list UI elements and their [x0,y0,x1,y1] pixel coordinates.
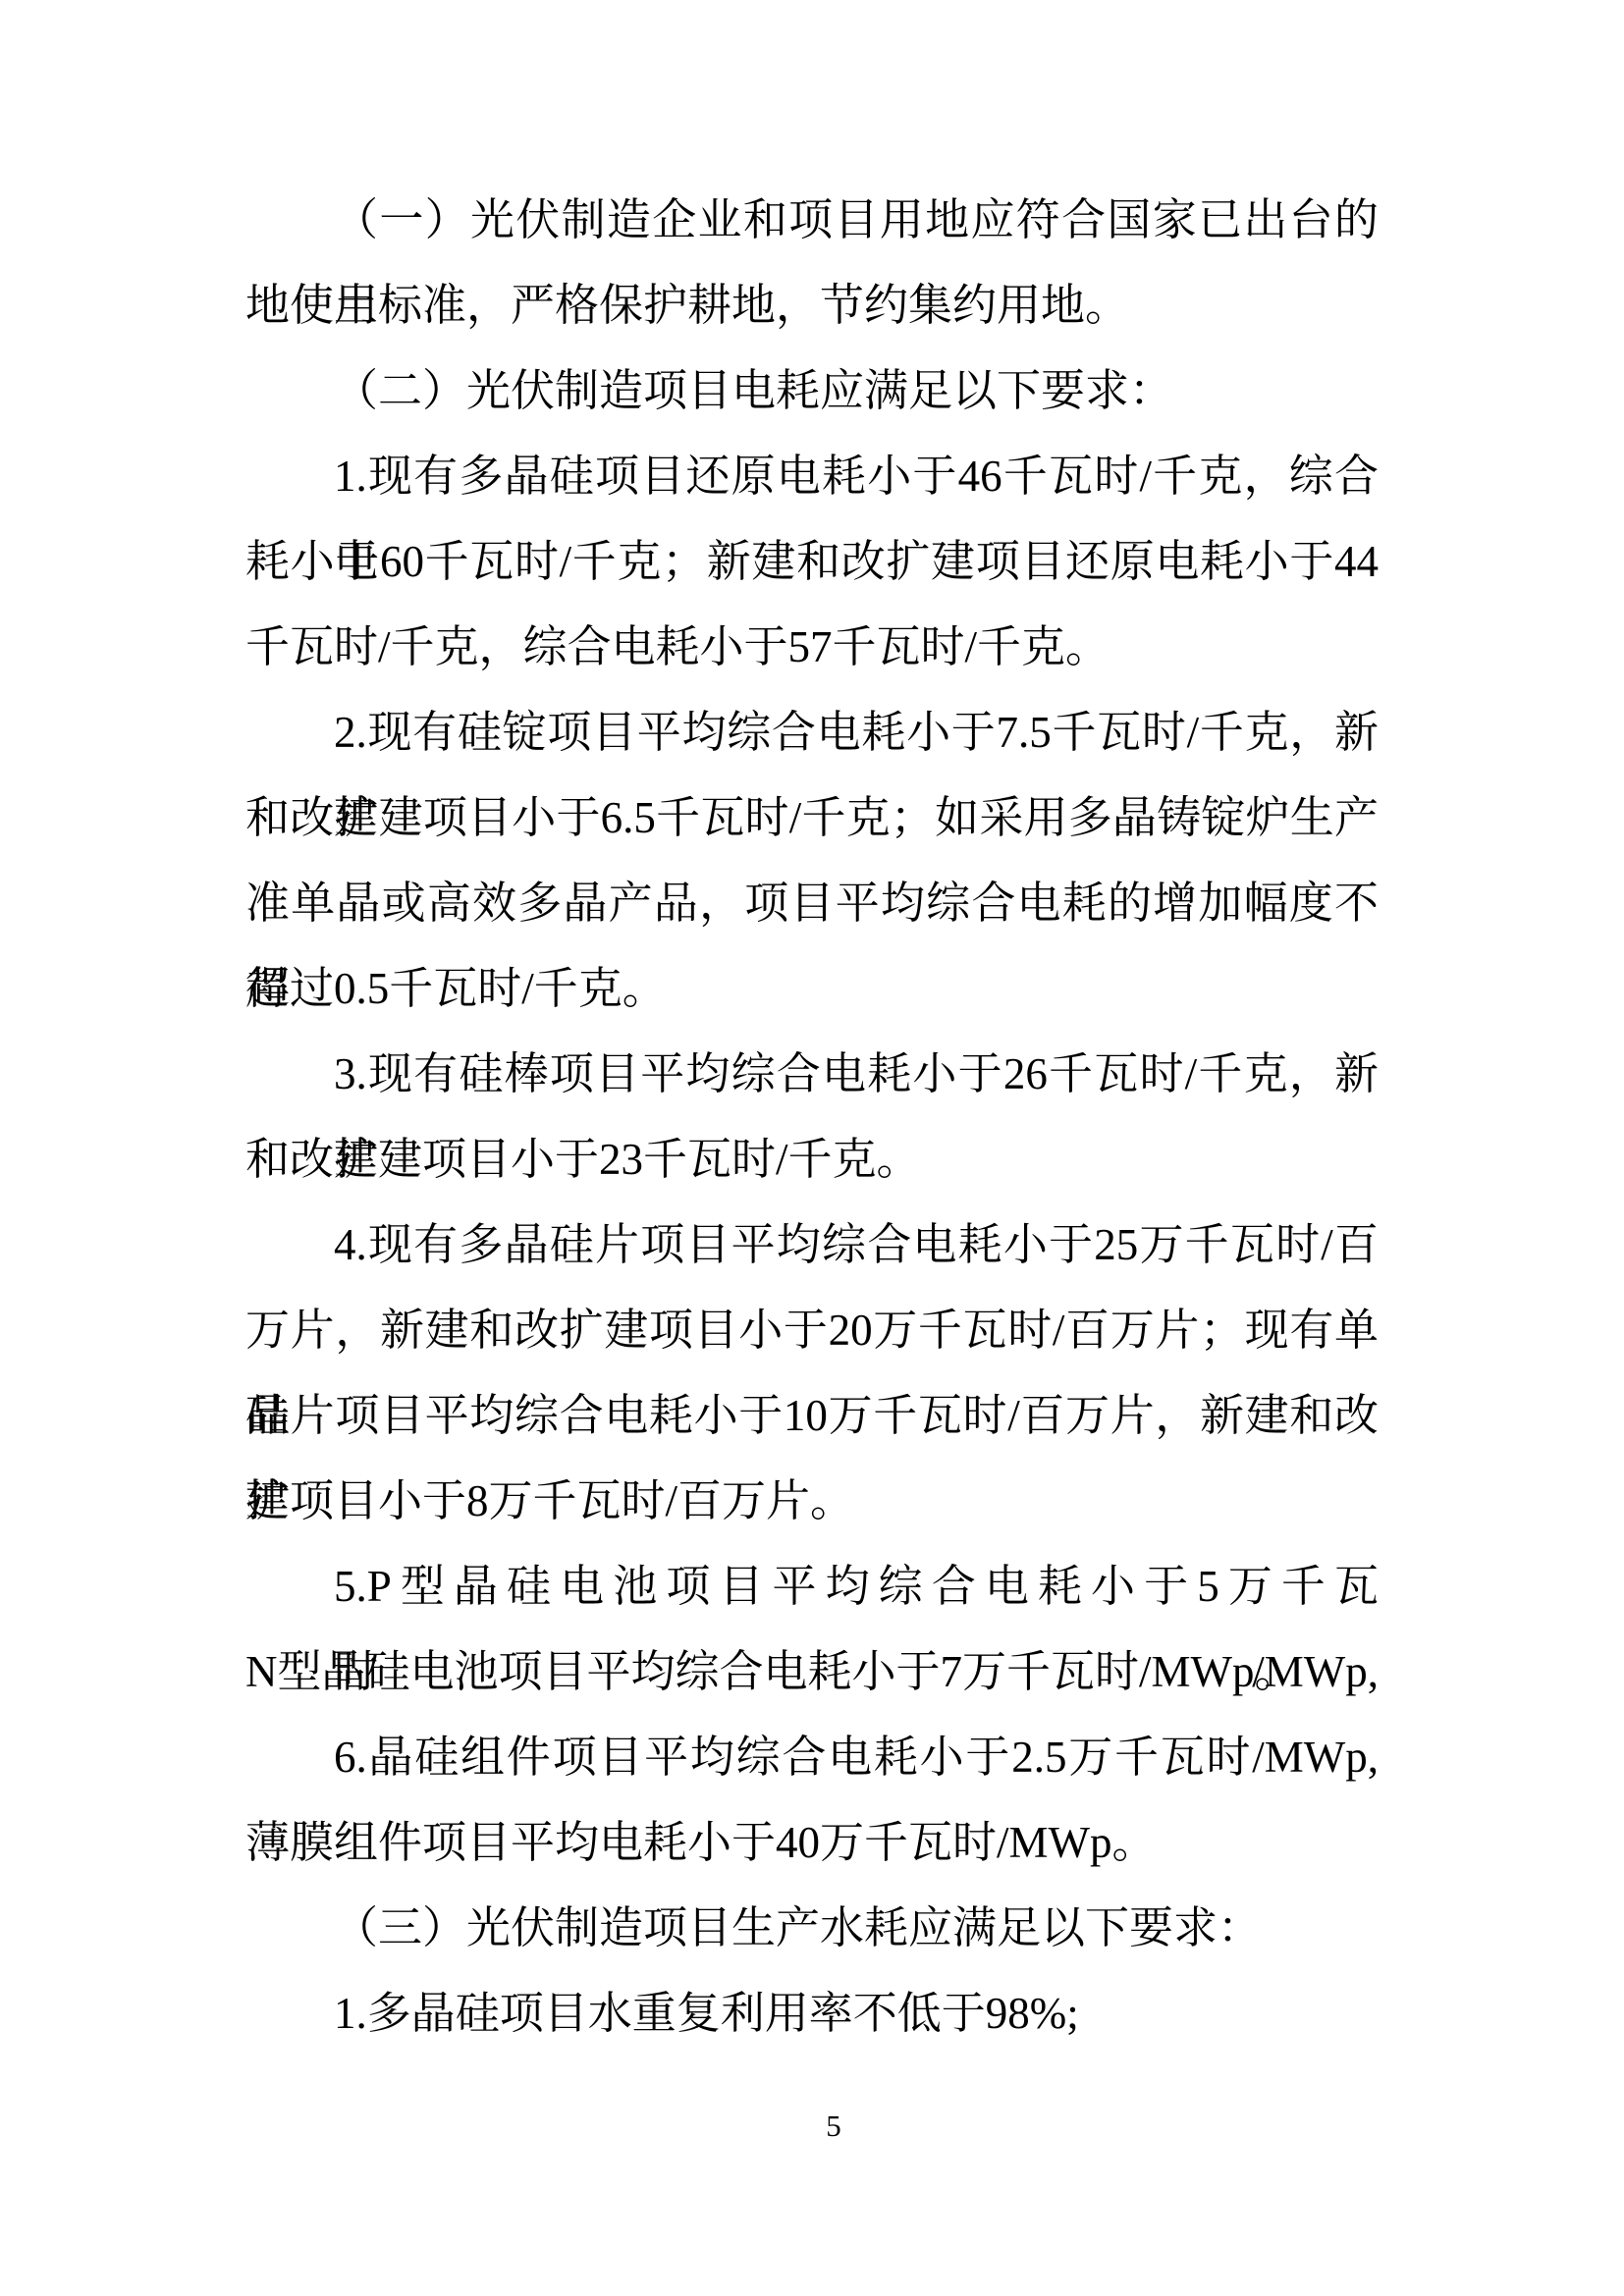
text-line: 2.现有硅锭项目平均综合电耗小于7.5千瓦时/千克，新建 [245,690,1379,775]
text-line: 1.现有多晶硅项目还原电耗小于46千瓦时/千克，综合电 [245,434,1379,519]
text-line: 建项目小于8万千瓦时/百万片。 [245,1459,1379,1544]
text-line: 耗小于60千瓦时/千克；新建和改扩建项目还原电耗小于44 [245,519,1379,605]
text-line: 超过0.5千瓦时/千克。 [245,946,1379,1032]
text-line: （一）光伏制造企业和项目用地应符合国家已出台的土 [245,178,1379,263]
text-line: 3.现有硅棒项目平均综合电耗小于26千瓦时/千克，新建 [245,1032,1379,1117]
text-line: 6.晶硅组件项目平均综合电耗小于2.5万千瓦时/MWp, [245,1715,1379,1800]
text-line: 准单晶或高效多晶产品，项目平均综合电耗的增加幅度不得 [245,861,1379,946]
text-line: 5.P型晶硅电池项目平均综合电耗小于5万千瓦时/MWp, [245,1544,1379,1629]
text-line: 4.现有多晶硅片项目平均综合电耗小于25万千瓦时/百 [245,1202,1379,1288]
text-line: 薄膜组件项目平均电耗小于40万千瓦时/MWp。 [245,1800,1379,1886]
text-line: 地使用标准，严格保护耕地，节约集约用地。 [245,263,1379,348]
page-number: 5 [22,2109,1624,2144]
text-line: （二）光伏制造项目电耗应满足以下要求： [245,348,1379,434]
text-line: N型晶硅电池项目平均综合电耗小于7万千瓦时/MWp。 [245,1629,1379,1715]
text-line: 1.多晶硅项目水重复利用率不低于98%; [245,1971,1379,2056]
text-line: 和改扩建项目小于23千瓦时/千克。 [245,1117,1379,1202]
text-line: 硅片项目平均综合电耗小于10万千瓦时/百万片，新建和改扩 [245,1373,1379,1459]
text-line: 千瓦时/千克，综合电耗小于57千瓦时/千克。 [245,605,1379,690]
text-line: （三）光伏制造项目生产水耗应满足以下要求： [245,1886,1379,1971]
document-page: （一）光伏制造企业和项目用地应符合国家已出台的土地使用标准，严格保护耕地，节约集… [0,0,1624,2296]
document-body: （一）光伏制造企业和项目用地应符合国家已出台的土地使用标准，严格保护耕地，节约集… [245,178,1379,2056]
text-line: 和改扩建项目小于6.5千瓦时/千克；如采用多晶铸锭炉生产 [245,775,1379,861]
text-line: 万片，新建和改扩建项目小于20万千瓦时/百万片；现有单晶 [245,1288,1379,1373]
